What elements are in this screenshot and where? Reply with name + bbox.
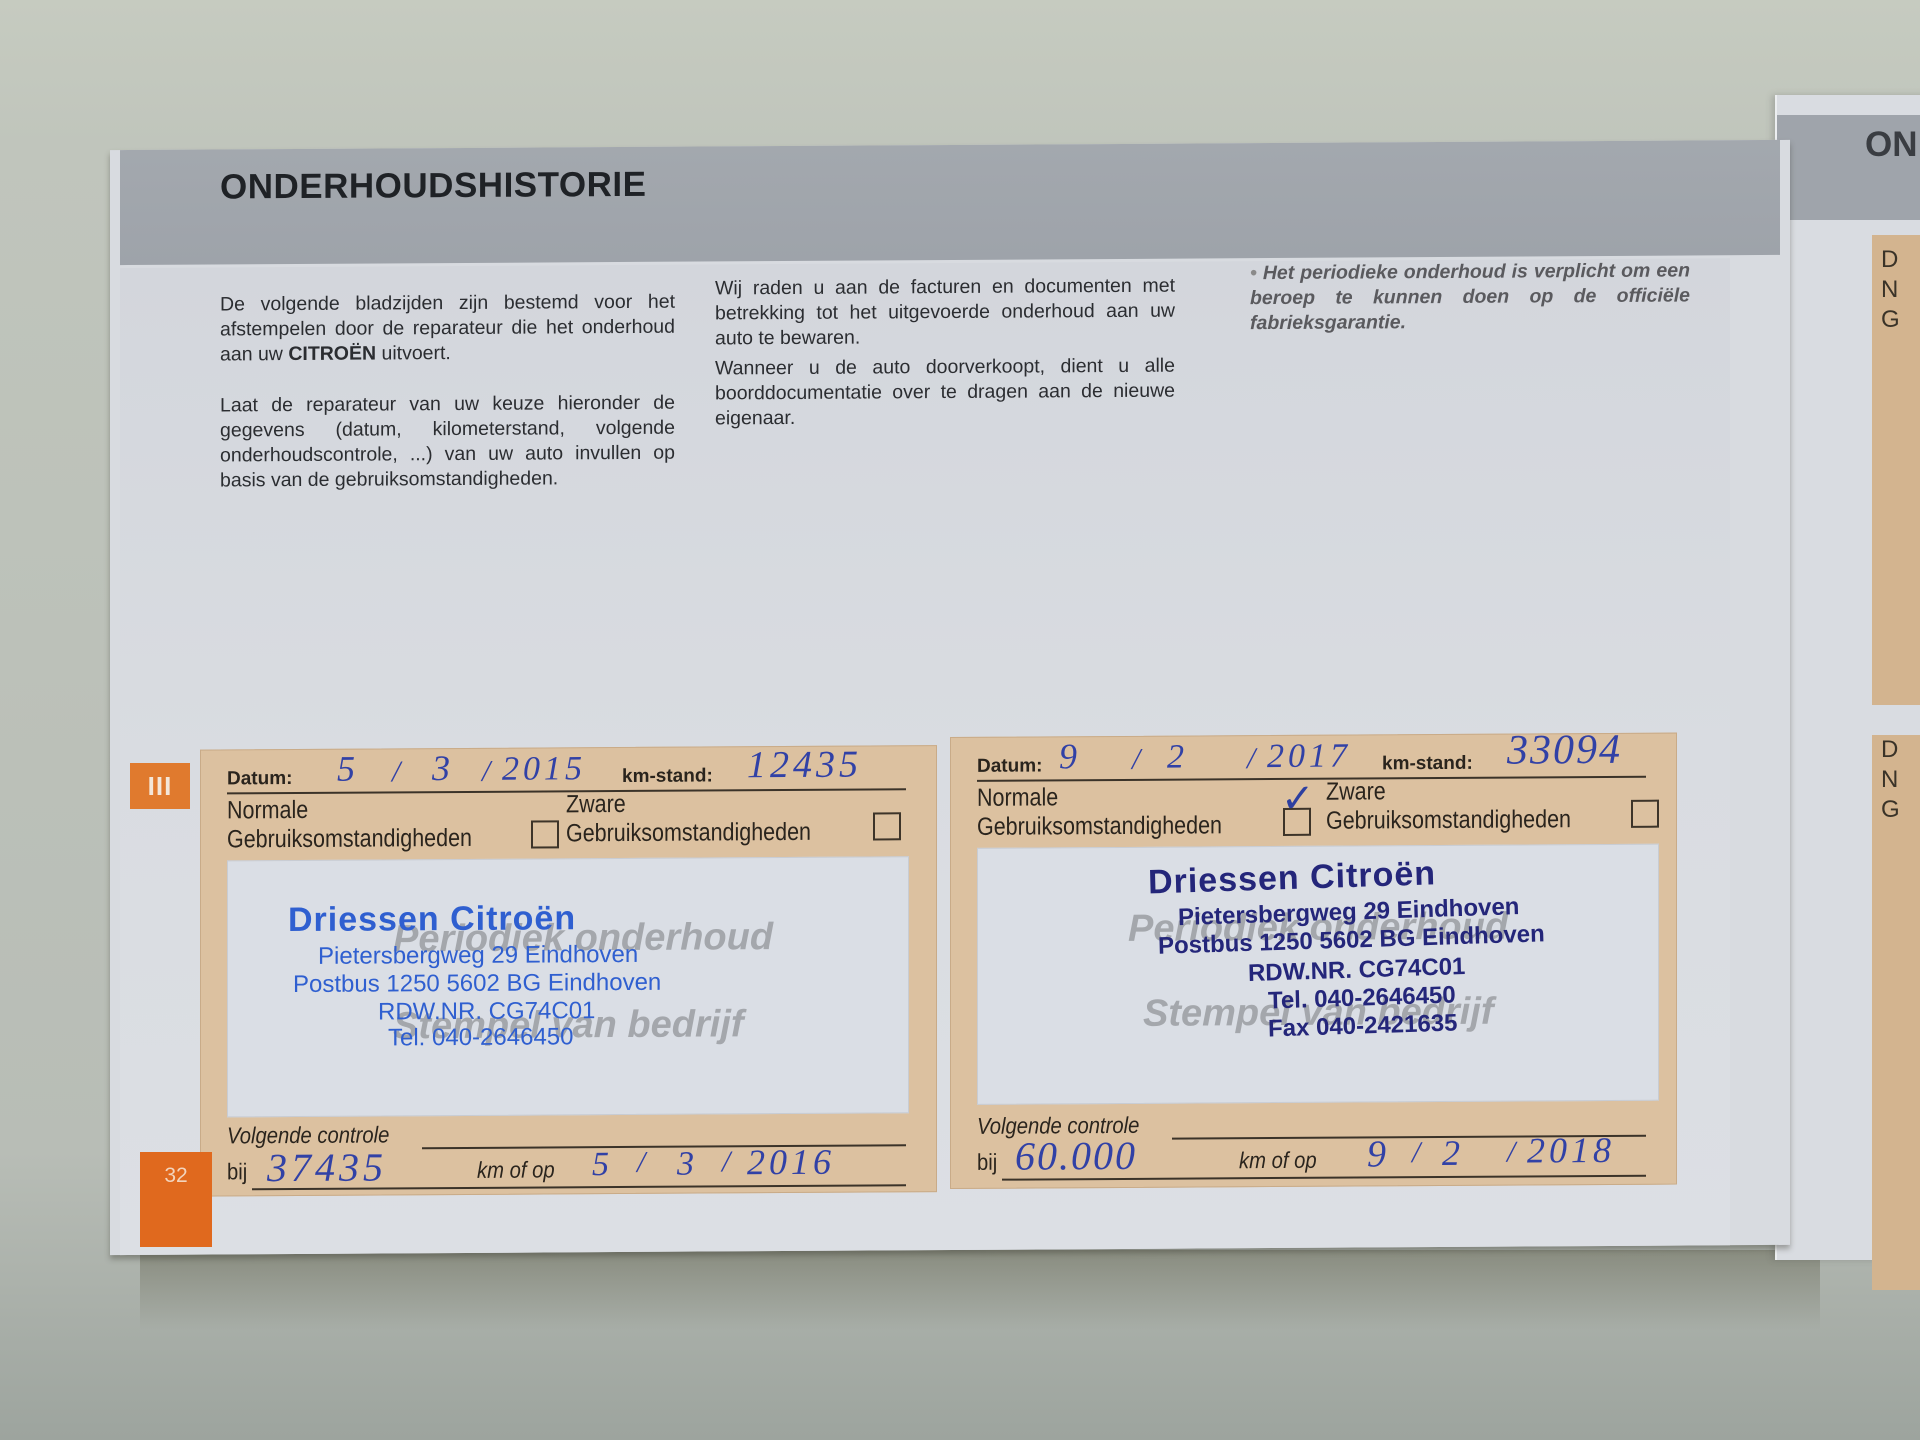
right-page-card-top-labels: D N G [1881,245,1900,335]
bullet-icon: • [1250,262,1257,284]
intro-paragraph-1: De volgende bladzijden zijn bestemd voor… [220,290,675,368]
next-service-day[interactable]: 9 [1367,1132,1390,1176]
normal-conditions-checkbox[interactable] [531,820,559,848]
next-service-day[interactable]: 5 [592,1146,613,1184]
km-stand-value[interactable]: 12435 [747,743,862,788]
dealer-stamp-name: Driessen Citroën [1148,854,1437,902]
at-label: bij [977,1149,997,1176]
service-date-month[interactable]: 2 [1167,739,1188,777]
next-service-month[interactable]: 3 [677,1146,698,1184]
service-date-month[interactable]: 3 [432,747,454,789]
page-number: 32 [140,1152,212,1247]
heavy-conditions-checkbox[interactable] [1631,800,1659,828]
dealer-stamp-fax: Fax 040-2421635 [1268,1009,1458,1043]
page-title: ONDERHOUDSHISTORIE [220,165,646,208]
service-record-card-1: Datum: 5 / 3 / 2015 km-stand: 12435 Norm… [200,745,937,1197]
next-service-row: Volgende controle bij 60.000 km of op 9 … [977,1109,1646,1183]
chapter-tab: III [130,763,190,809]
km-stand-label: km-stand: [1382,753,1473,776]
next-service-row: Volgende controle bij 37435 km of op 5 /… [227,1118,906,1192]
service-date-day[interactable]: 5 [337,748,359,790]
km-or-on-label: km of op [477,1156,555,1183]
service-record-card-2: Datum: 9 / 2 / 2017 km-stand: 33094 Norm… [950,733,1677,1189]
right-page-title: ON [1865,125,1918,165]
at-label: bij [227,1158,247,1185]
stamp-area: Periodiek onderhoud Stempel van bedrijf … [977,844,1659,1105]
service-date-day[interactable]: 9 [1059,735,1081,777]
km-stand-value[interactable]: 33094 [1507,726,1622,775]
km-stand-label: km-stand: [622,765,713,788]
header-band: ONDERHOUDSHISTORIE [120,140,1780,265]
dealer-stamp-name: Driessen Citroën [288,899,576,940]
next-service-year[interactable]: 2018 [1527,1129,1615,1172]
brand-name: CITROËN [288,343,376,366]
maintenance-history-page: ONDERHOUDSHISTORIE De volgende bladzijde… [110,140,1790,1255]
stamp-area: Periodiek onderhoud Stempel van bedrijf … [227,856,909,1117]
normal-conditions-label: NormaleGebruiksomstandigheden [977,782,1222,841]
next-service-km[interactable]: 37435 [267,1143,387,1191]
service-date-year[interactable]: 2015 [502,750,586,789]
datum-label: Datum: [977,755,1042,777]
dealer-stamp-rdw: RDW.NR. CG74C01 [378,997,595,1026]
intro-paragraph-4: Wanneer u de auto doorverkoopt, dient u … [715,354,1175,432]
normal-conditions-label: NormaleGebruiksomstandigheden [227,795,472,854]
datum-label: Datum: [227,768,292,790]
service-date-year[interactable]: 2017 [1267,738,1351,777]
dealer-stamp-address: Pietersbergweg 29 Eindhoven [318,941,638,971]
right-page-edge: ON D N G D N G [1775,95,1920,1260]
heavy-conditions-label: ZwareGebruiksomstandigheden [566,789,811,848]
next-service-month[interactable]: 2 [1442,1132,1464,1174]
km-or-on-label: km of op [1239,1147,1317,1174]
heavy-conditions-checkbox[interactable] [873,812,901,840]
right-page-card-bottom-labels: D N G [1881,735,1900,825]
next-service-km[interactable]: 60.000 [1015,1132,1137,1180]
book-shadow [140,1250,1820,1330]
dealer-stamp-postbox: Postbus 1250 5602 BG Eindhoven [293,969,661,999]
heavy-conditions-label: ZwareGebruiksomstandigheden [1326,776,1571,835]
intro-paragraph-3: Wij raden u aan de facturen en documente… [715,274,1175,352]
intro-paragraph-2: Laat de reparateur van uw keuze hieronde… [220,391,675,494]
checkmark-icon: ✓ [1281,776,1315,822]
dealer-stamp-tel: Tel. 040-2646450 [388,1023,573,1052]
warranty-note: •Het periodieke onderhoud is verplicht o… [1250,258,1690,336]
next-service-year[interactable]: 2016 [747,1141,835,1184]
